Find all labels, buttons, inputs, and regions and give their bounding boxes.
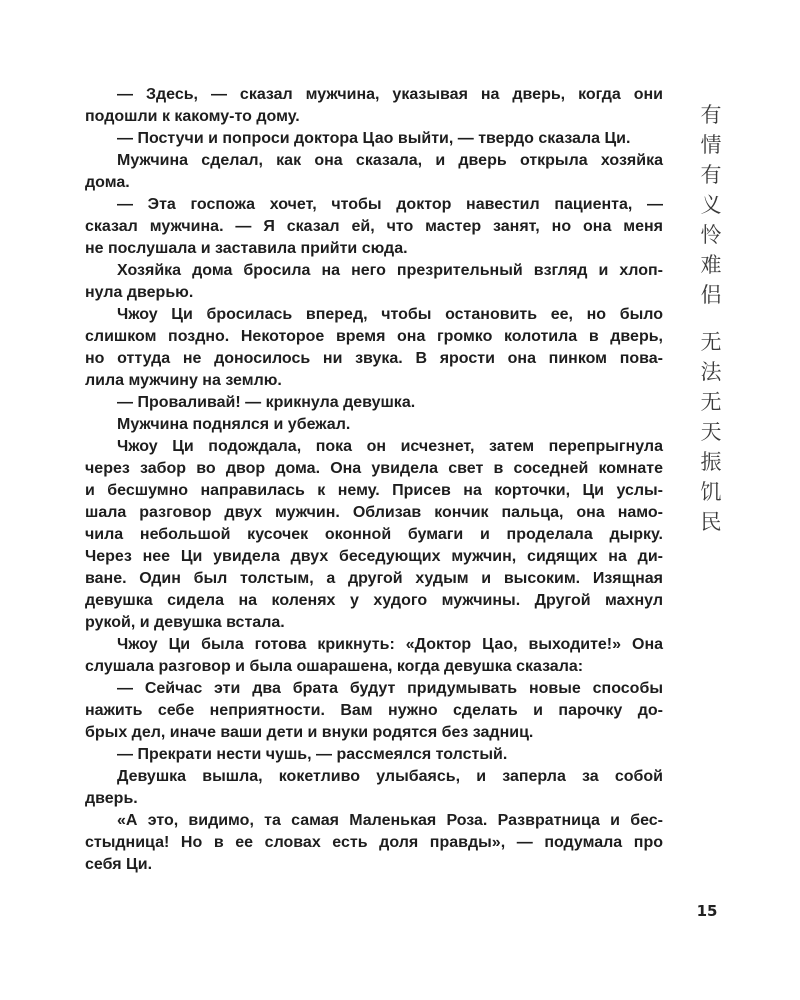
margin-char: 无	[697, 387, 725, 417]
book-page: — Здесь, — сказал мужчина, указывая на д…	[0, 0, 800, 1000]
paragraph: «А это, видимо, та самая Маленькая Роза.…	[85, 810, 663, 876]
text-line: девушка сидела на коленях у худого мужчи…	[85, 590, 663, 612]
paragraph: Чжоу Ци бросилась вперед, чтобы останови…	[85, 304, 663, 392]
margin-char: 有	[697, 100, 725, 130]
text-line: Чжоу Ци подождала, пока он исчезнет, зат…	[85, 436, 663, 458]
margin-char: 民	[697, 507, 725, 537]
paragraph: — Прекрати нести чушь, — рассмеялся толс…	[85, 744, 663, 766]
text-line: Мужчина сделал, как она сказала, и дверь…	[85, 150, 663, 172]
text-line: себя Ци.	[85, 854, 663, 876]
paragraph: — Здесь, — сказал мужчина, указывая на д…	[85, 84, 663, 128]
paragraph: Хозяйка дома бросила на него презрительн…	[85, 260, 663, 304]
margin-char-group: 无法无天振饥民	[697, 327, 725, 537]
margin-char: 义	[697, 190, 725, 220]
margin-char: 饥	[697, 477, 725, 507]
text-line: — Постучи и попроси доктора Цао выйти, —…	[85, 128, 663, 150]
text-line: но оттуда не доносилось ни звука. В ярос…	[85, 348, 663, 370]
text-line: — Прекрати нести чушь, — рассмеялся толс…	[85, 744, 663, 766]
text-line: — Здесь, — сказал мужчина, указывая на д…	[85, 84, 663, 106]
text-line: стыдница! Но в ее словах есть доля правд…	[85, 832, 663, 854]
text-line: Мужчина поднялся и убежал.	[85, 414, 663, 436]
body-text: — Здесь, — сказал мужчина, указывая на д…	[85, 84, 663, 876]
margin-char: 法	[697, 357, 725, 387]
margin-char: 怜	[697, 220, 725, 250]
margin-char: 情	[697, 130, 725, 160]
margin-char: 有	[697, 160, 725, 190]
text-line: Девушка вышла, кокетливо улыбаясь, и зап…	[85, 766, 663, 788]
text-line: слушала разговор и была ошарашена, когда…	[85, 656, 663, 678]
text-line: сказал мужчина. — Я сказал ей, что масте…	[85, 216, 663, 238]
text-line: шала разговор двух мужчин. Облизав кончи…	[85, 502, 663, 524]
text-line: рукой, и девушка встала.	[85, 612, 663, 634]
text-line: «А это, видимо, та самая Маленькая Роза.…	[85, 810, 663, 832]
text-line: — Проваливай! — крикнула девушка.	[85, 392, 663, 414]
text-line: подошли к какому-то дому.	[85, 106, 663, 128]
text-line: через забор во двор дома. Она увидела св…	[85, 458, 663, 480]
paragraph: — Сейчас эти два брата будут придумывать…	[85, 678, 663, 744]
text-line: Через нее Ци увидела двух беседующих муж…	[85, 546, 663, 568]
paragraph: — Проваливай! — крикнула девушка.	[85, 392, 663, 414]
margin-char: 侣	[697, 280, 725, 310]
text-line: нула дверью.	[85, 282, 663, 304]
paragraph: Мужчина сделал, как она сказала, и дверь…	[85, 150, 663, 194]
text-line: чила небольшой кусочек оконной бумаги и …	[85, 524, 663, 546]
paragraph: — Эта госпожа хочет, чтобы доктор навест…	[85, 194, 663, 260]
text-line: слишком поздно. Некоторое время она гром…	[85, 326, 663, 348]
margin-char: 难	[697, 250, 725, 280]
text-line: лила мужчину на землю.	[85, 370, 663, 392]
paragraph: Мужчина поднялся и убежал.	[85, 414, 663, 436]
text-line: Чжоу Ци была готова крикнуть: «Доктор Ца…	[85, 634, 663, 656]
margin-char: 天	[697, 417, 725, 447]
paragraph: — Постучи и попроси доктора Цао выйти, —…	[85, 128, 663, 150]
margin-char-group: 有情有义怜难侣	[697, 100, 725, 310]
text-line: Хозяйка дома бросила на него презрительн…	[85, 260, 663, 282]
text-line: не послушала и заставила прийти сюда.	[85, 238, 663, 260]
text-line: дома.	[85, 172, 663, 194]
margin-char: 无	[697, 327, 725, 357]
text-line: нажить себе неприятности. Вам нужно сдел…	[85, 700, 663, 722]
chinese-margin-text: 有情有义怜难侣无法无天振饥民	[697, 100, 725, 537]
margin-char: 振	[697, 447, 725, 477]
page-number: 15	[690, 902, 724, 920]
text-line: дверь.	[85, 788, 663, 810]
paragraph: Чжоу Ци была готова крикнуть: «Доктор Ца…	[85, 634, 663, 678]
text-line: и бесшумно направилась к нему. Присев на…	[85, 480, 663, 502]
text-line: — Сейчас эти два брата будут придумывать…	[85, 678, 663, 700]
text-line: брых дел, иначе ваши дети и внуки родятс…	[85, 722, 663, 744]
paragraph: Девушка вышла, кокетливо улыбаясь, и зап…	[85, 766, 663, 810]
text-line: Чжоу Ци бросилась вперед, чтобы останови…	[85, 304, 663, 326]
paragraph: Чжоу Ци подождала, пока он исчезнет, зат…	[85, 436, 663, 634]
text-line: ване. Один был толстым, а другой худым и…	[85, 568, 663, 590]
text-line: — Эта госпожа хочет, чтобы доктор навест…	[85, 194, 663, 216]
